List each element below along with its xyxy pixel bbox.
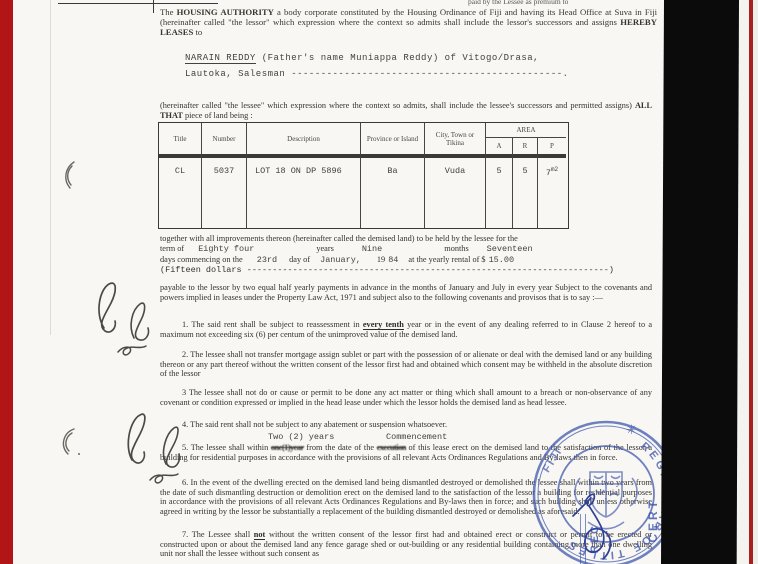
intro-text: The — [160, 7, 177, 17]
right-margin-strip — [753, 0, 758, 564]
housing-authority-name: HOUSING AUTHORITY — [177, 7, 274, 17]
term-months-value: Nine — [362, 244, 382, 254]
term-line-1: together with all improvements thereon (… — [160, 234, 518, 243]
intro-text-3: to — [193, 27, 202, 37]
insert-two-years: Two (2) years — [268, 432, 334, 442]
clause-5-text-2: from the date of the — [304, 443, 377, 452]
year-prefix: 19 — [377, 255, 385, 264]
cutoff-top-text-label: paid by the Lessee as premium to — [468, 0, 668, 6]
clause-5-struck-execution: execution — [377, 443, 406, 452]
day-value: 23rd — [257, 255, 277, 265]
term-days-value: Seventeen — [487, 244, 533, 254]
clause-1-overstruck: every tenth — [363, 320, 404, 330]
col-header-title: Title — [159, 123, 201, 156]
table-row-area-r: 5 — [512, 156, 537, 228]
lessee-name-rest: (Father's name Muniappa Reddy) of Vitogo… — [256, 53, 539, 63]
col-header-city: City, Town or Tikina — [424, 123, 485, 156]
left-red-border — [0, 0, 13, 564]
table-row-number: 5037 — [201, 156, 246, 228]
rect-stamp-cert-text: CERT — [646, 498, 660, 543]
handwritten-paren-mark — [58, 158, 84, 192]
table-row-area-a: 5 — [485, 156, 512, 228]
lessee-name: NARAIN REDDY — [185, 53, 256, 64]
lessee-clause-text: (hereinafter called "the lessee" which e… — [160, 101, 635, 110]
payable-paragraph: payable to the lessor by two equal half … — [160, 283, 652, 302]
year-value: 84 — [388, 255, 398, 265]
table-row-province: Ba — [360, 156, 424, 228]
col-header-area-p: P — [537, 138, 566, 156]
handwritten-initials-1 — [88, 278, 172, 360]
stamp-fiji-text: FIJI — [541, 446, 565, 475]
rental-value: 15.00 — [489, 255, 515, 265]
day-of-label: day of — [289, 255, 310, 264]
col-header-area: AREA — [485, 123, 566, 138]
paper-crease-line — [50, 0, 51, 335]
table-row-description: LOT 18 ON DP 5896 — [246, 156, 360, 228]
table-row-city: Vuda — [424, 156, 485, 228]
cutoff-top-text: paid by the Lessee as premium to — [468, 0, 668, 6]
cutoff-box-divider — [153, 0, 154, 13]
rental-label: at the yearly rental of $ — [408, 255, 485, 264]
col-header-province: Province or Island — [360, 123, 424, 156]
months-label: months — [444, 244, 468, 253]
insert-commencement: Commencement — [386, 432, 447, 442]
handwritten-initials-2 — [112, 408, 206, 486]
right-white-gap — [737, 0, 749, 564]
clause-1-text: 1. The said rent shall be subject to rea… — [182, 320, 363, 329]
intro-paragraph: The HOUSING AUTHORITY a body corporate c… — [160, 7, 657, 38]
lessee-name-line1: NARAIN REDDY (Father's name Muniappa Red… — [185, 50, 569, 66]
table-row-area-p: 7m2 — [537, 156, 566, 228]
clause-2: 2. The lessee shall not transfer mortgag… — [160, 350, 652, 379]
col-header-number: Number — [201, 123, 246, 156]
term-line-3: days commencing on the23rdday ofJanuary,… — [160, 255, 514, 265]
cutoff-box-border — [58, 3, 218, 4]
clause-7-text: 7. The Lessee shall — [182, 530, 254, 539]
commencing-label: days commencing on the — [160, 255, 243, 264]
scan-black-band — [661, 0, 739, 564]
term-years-value: Eighty four — [198, 244, 254, 254]
handwritten-c-mark — [54, 424, 84, 460]
col-header-area-a: A — [485, 138, 512, 156]
clause-7-overstruck: not — [254, 530, 266, 540]
lessee-name-line2: Lautoka, Salesman ----------------------… — [185, 66, 569, 82]
term-line-2: term ofEighty fouryearsNinemonthsSevente… — [160, 244, 533, 254]
col-header-description: Description — [246, 123, 360, 156]
lessee-clause-paragraph: (hereinafter called "the lessee" which e… — [160, 101, 652, 120]
clause-1: 1. The said rent shall be subject to rea… — [160, 320, 652, 339]
area-p-unit: m2 — [551, 166, 558, 173]
lessee-name-block: NARAIN REDDY (Father's name Muniappa Red… — [185, 50, 569, 82]
rental-words-line: (Fifteen dollars -----------------------… — [160, 265, 614, 275]
stamp-star-icon: ✳ — [626, 422, 637, 437]
scanned-lease-document: paid by the Lessee as premium to The HOU… — [0, 0, 758, 564]
land-description-table: Title Number Description Province or Isl… — [158, 122, 569, 229]
lessee-clause-text-2: piece of land being : — [183, 111, 253, 120]
col-header-area-r: R — [512, 138, 537, 156]
table-row-title: CL — [159, 156, 201, 228]
month-value: January, — [320, 255, 361, 265]
term-of-label: term of — [160, 244, 184, 253]
signature-squiggle — [555, 480, 645, 564]
clause-5-struck-period: one(1)year — [271, 443, 304, 452]
years-label: years — [316, 244, 334, 253]
